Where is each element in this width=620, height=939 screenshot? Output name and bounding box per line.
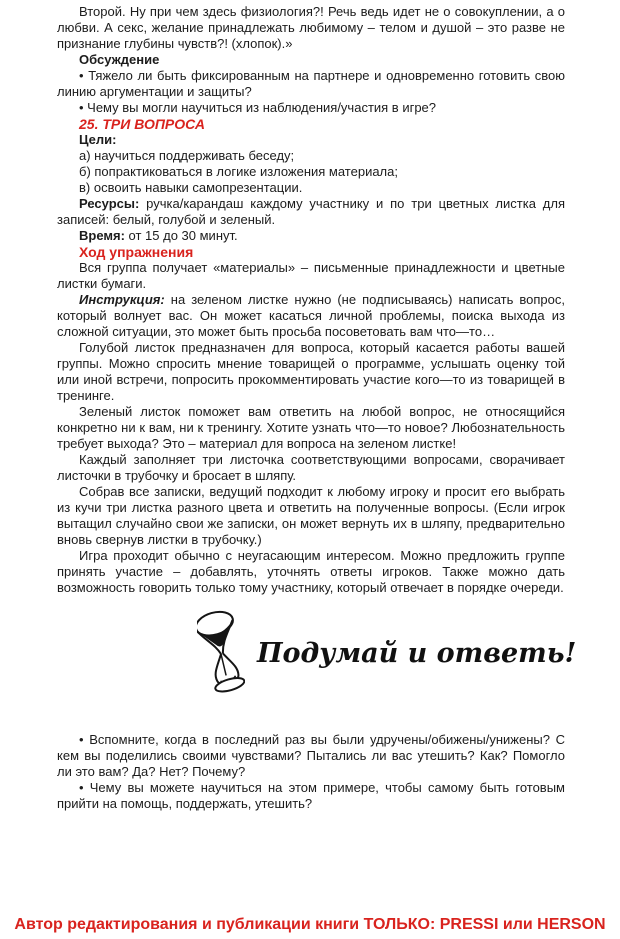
- discussion-bullet: • Чему вы могли научиться из наблюдения/…: [57, 100, 565, 116]
- time-text: от 15 до 30 минут.: [125, 228, 238, 243]
- resources-paragraph: Ресурсы: ручка/карандаш каждому участник…: [57, 196, 565, 228]
- discussion-bullet: • Тяжело ли быть фиксированным на партне…: [57, 68, 565, 100]
- procedure-paragraph: Игра проходит обычно с неугасающим интер…: [57, 548, 565, 596]
- goals-heading-label: Цели:: [79, 132, 116, 147]
- question-item: • Чему вы можете научиться на этом приме…: [57, 780, 565, 812]
- time-paragraph: Время: от 15 до 30 минут.: [57, 228, 565, 244]
- procedure-heading: Ход упражнения: [57, 244, 565, 260]
- resources-label: Ресурсы:: [79, 196, 139, 211]
- discussion-heading-label: Обсуждение: [79, 52, 159, 67]
- question-item: • Вспомните, когда в последний раз вы бы…: [57, 732, 565, 780]
- document-page: Второй. Ну при чем здесь физиология?! Ре…: [0, 0, 620, 939]
- hourglass-icon: [197, 608, 245, 700]
- instruction-label: Инструкция:: [79, 292, 165, 307]
- procedure-paragraph: Вся группа получает «материалы» – письме…: [57, 260, 565, 292]
- goal-item: а) научиться поддерживать беседу;: [57, 148, 565, 164]
- think-and-answer-callout: Подумай и ответь!: [197, 606, 565, 702]
- time-label: Время:: [79, 228, 125, 243]
- footer-note: Автор редактирования и публикации книги …: [0, 916, 620, 934]
- goals-heading: Цели:: [57, 132, 565, 148]
- procedure-paragraph: Зеленый листок поможет вам ответить на л…: [57, 404, 565, 452]
- callout-text: Подумай и ответь!: [257, 639, 576, 669]
- goal-item: в) освоить навыки самопрезентации.: [57, 180, 565, 196]
- procedure-paragraph: Собрав все записки, ведущий подходит к л…: [57, 484, 565, 548]
- procedure-paragraph: Голубой листок предназначен для вопроса,…: [57, 340, 565, 404]
- intro-paragraph: Второй. Ну при чем здесь физиология?! Ре…: [57, 4, 565, 52]
- questions-block: • Вспомните, когда в последний раз вы бы…: [57, 732, 565, 812]
- procedure-paragraph: Каждый заполняет три листочка соответств…: [57, 452, 565, 484]
- page-content: Второй. Ну при чем здесь физиология?! Ре…: [0, 0, 620, 812]
- exercise-title: 25. ТРИ ВОПРОСА: [57, 116, 565, 132]
- discussion-heading: Обсуждение: [57, 52, 565, 68]
- procedure-paragraph: Инструкция: на зеленом листке нужно (не …: [57, 292, 565, 340]
- goal-item: б) попрактиковаться в логике изложения м…: [57, 164, 565, 180]
